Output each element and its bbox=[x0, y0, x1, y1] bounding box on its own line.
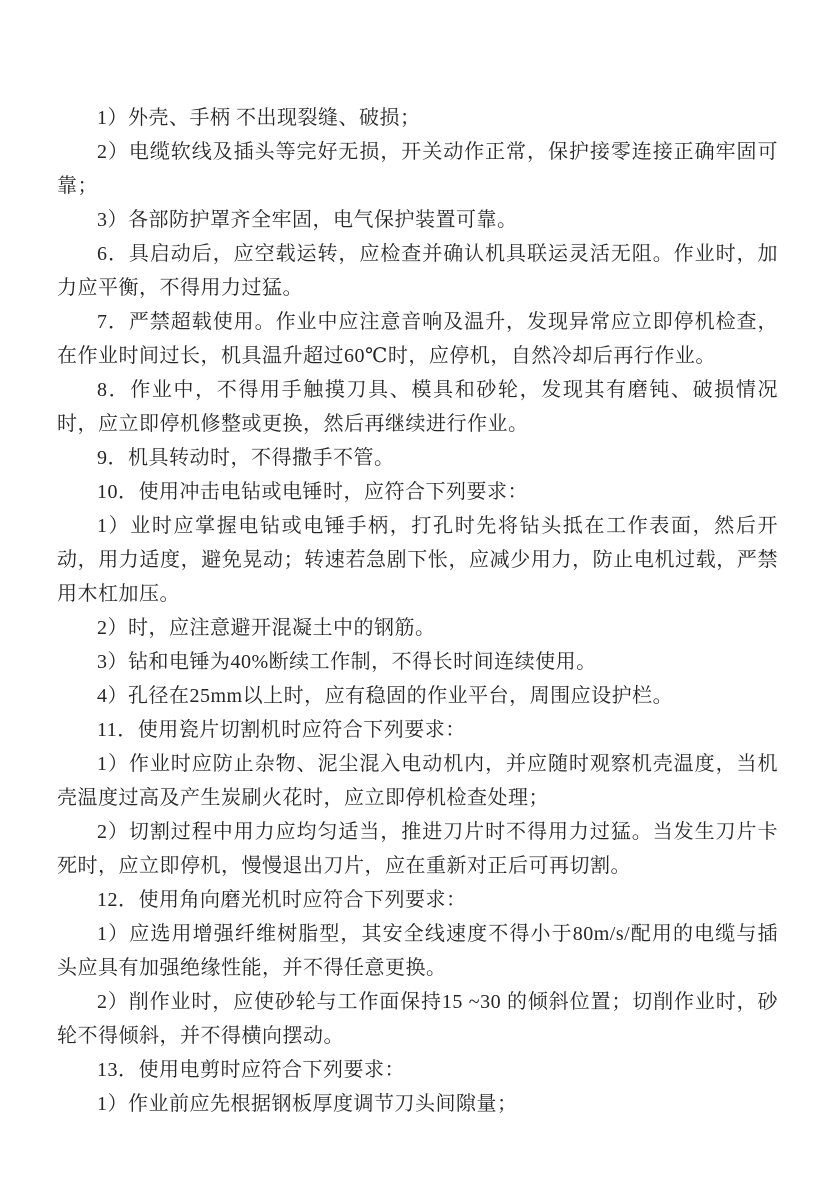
paragraph: 8．作业中，不得用手触摸刀具、模具和砂轮，发现其有磨钝、破损情况时，应立即停机修… bbox=[57, 373, 778, 441]
paragraph: 1）业时应掌握电钻或电锤手柄，打孔时先将钻头抵在工作表面，然后开动，用力适度，避… bbox=[57, 509, 778, 611]
paragraph: 9．机具转动时，不得撒手不管。 bbox=[57, 441, 778, 475]
paragraph: 7．严禁超载使用。作业中应注意音响及温升，发现异常应立即停机检查，在作业时间过长… bbox=[57, 305, 778, 373]
paragraph: 2）电缆软线及插头等完好无损，开关动作正常，保护接零连接正确牢固可靠； bbox=[57, 135, 778, 203]
paragraph: 2）时，应注意避开混凝土中的钢筋。 bbox=[57, 611, 778, 645]
paragraph: 1）外壳、手柄 不出现裂缝、破损； bbox=[57, 101, 778, 135]
paragraph: 10．使用冲击电钻或电锤时，应符合下列要求： bbox=[57, 475, 778, 509]
paragraph: 2）削作业时，应使砂轮与工作面保持15 ~30 的倾斜位置；切削作业时，砂轮不得… bbox=[57, 985, 778, 1053]
paragraph: 3）各部防护罩齐全牢固，电气保护装置可靠。 bbox=[57, 203, 778, 237]
document-page: 1）外壳、手柄 不出现裂缝、破损； 2）电缆软线及插头等完好无损，开关动作正常，… bbox=[0, 0, 838, 1186]
paragraph: 12．使用角向磨光机时应符合下列要求： bbox=[57, 883, 778, 917]
paragraph: 1）应选用增强纤维树脂型，其安全线速度不得小于80m/s/配用的电缆与插头应具有… bbox=[57, 917, 778, 985]
paragraph: 6．具启动后，应空载运转，应检查并确认机具联运灵活无阻。作业时，加力应平衡，不得… bbox=[57, 237, 778, 305]
paragraph: 1）作业前应先根据钢板厚度调节刀头间隙量； bbox=[57, 1087, 778, 1121]
paragraph: 11．使用瓷片切割机时应符合下列要求： bbox=[57, 713, 778, 747]
paragraph: 13．使用电剪时应符合下列要求： bbox=[57, 1053, 778, 1087]
document-content: 1）外壳、手柄 不出现裂缝、破损； 2）电缆软线及插头等完好无损，开关动作正常，… bbox=[57, 101, 778, 1121]
paragraph: 3）钻和电锤为40%断续工作制，不得长时间连续使用。 bbox=[57, 645, 778, 679]
paragraph: 2）切割过程中用力应均匀适当，推进刀片时不得用力过猛。当发生刀片卡死时，应立即停… bbox=[57, 815, 778, 883]
paragraph: 1）作业时应防止杂物、泥尘混入电动机内，并应随时观察机壳温度，当机壳温度过高及产… bbox=[57, 747, 778, 815]
paragraph: 4）孔径在25mm以上时，应有稳固的作业平台，周围应设护栏。 bbox=[57, 679, 778, 713]
